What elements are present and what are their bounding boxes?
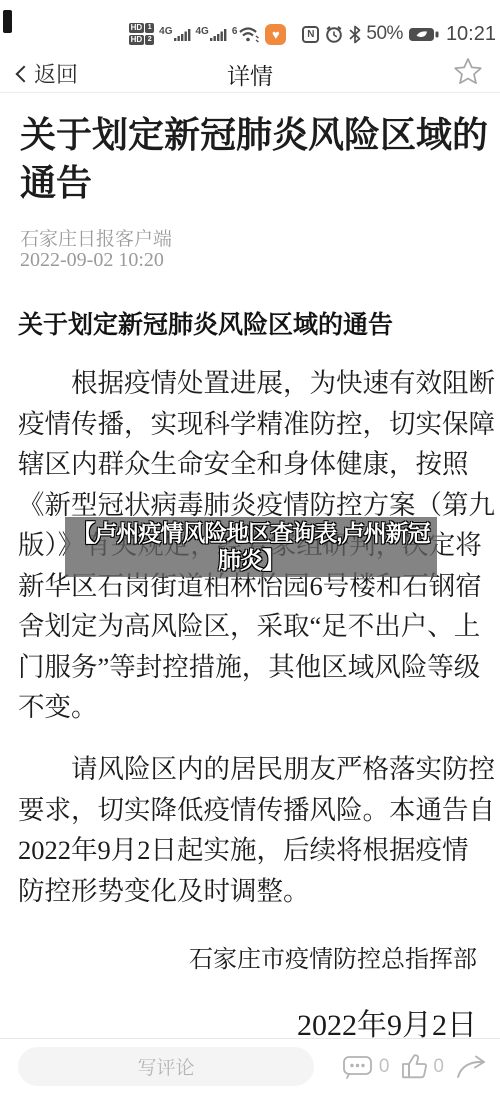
page-title: 详情 <box>0 58 500 91</box>
battery-icon <box>408 26 439 43</box>
body-line: 疫情传播，实现科学精准防控，切实保障 <box>18 404 482 445</box>
article-heading: 关于划定新冠肺炎风险区域的通告 <box>18 305 393 341</box>
signal-bars-icon <box>210 25 227 43</box>
watermark-overlay: 【卢州疫情风险地区查询表,卢州新冠 肺炎】 <box>65 517 437 577</box>
nfc-icon: N <box>302 26 319 43</box>
status-bar: HD 1 HD 2 4G 4G <box>129 18 496 50</box>
signal-bars-icon <box>174 25 191 43</box>
favorite-star-icon[interactable] <box>452 55 484 87</box>
phone-screen: HD 1 HD 2 4G 4G <box>0 0 500 1100</box>
body-line: 要求，切实降低疫情传播风险。本通告自 <box>18 790 482 831</box>
watermark-line-1: 【卢州疫情风险地区查询表,卢州新冠 <box>72 520 429 547</box>
sim1-signal-icon: 4G <box>159 25 190 43</box>
article-signature: 石家庄市疫情防控总指挥部 <box>189 939 477 974</box>
sim2-signal-icon: 4G <box>196 25 227 43</box>
heart-icon: ♥ <box>272 28 280 41</box>
thumbs-up-icon <box>399 1053 429 1081</box>
hd1-label: HD <box>129 23 145 33</box>
alarm-clock-icon <box>324 24 344 44</box>
nav-bar: 返回 详情 <box>0 50 500 93</box>
body-line: 防控形势变化及时调整。 <box>18 871 482 912</box>
body-line: 门服务”等封控措施，其他区域风险等级 <box>18 647 482 688</box>
comment-button[interactable] <box>341 1053 375 1081</box>
hd2-sub: 2 <box>145 35 154 45</box>
watermark-line-2: 肺炎】 <box>218 547 284 574</box>
body-line: 请风险区内的居民朋友严格落实防控 <box>18 749 482 790</box>
share-button[interactable] <box>454 1053 490 1081</box>
bluetooth-icon <box>349 25 361 44</box>
battery-percent: 50% <box>366 23 403 45</box>
volte-hd-icon: HD 1 HD 2 <box>129 23 155 45</box>
like-button[interactable] <box>399 1053 429 1081</box>
body-line: 根据疫情处置进展，为快速有效阻断 <box>18 363 482 404</box>
article-source: 石家庄日报客户端 <box>20 224 172 251</box>
comment-count: 0 <box>379 1056 390 1078</box>
body-line: 舍划定为高风险区，采取“足不出户、上 <box>18 606 482 647</box>
comment-input[interactable]: 写评论 <box>18 1047 314 1086</box>
body-line: 2022年9月2日起实施，后续将根据疫情 <box>18 830 482 871</box>
article-publish-time: 2022-09-02 10:20 <box>20 249 164 272</box>
wifi-icon: 6 <box>232 25 261 43</box>
body-line: 不变。 <box>18 687 482 728</box>
screen-corner-mark <box>3 10 12 33</box>
share-arrow-icon <box>454 1053 490 1081</box>
clock: 10:21 <box>446 23 496 46</box>
comment-bar: 写评论 0 0 <box>0 1038 500 1100</box>
hd1-sub: 1 <box>145 23 154 33</box>
comment-bubble-icon <box>341 1053 375 1081</box>
body-line: 辖区内群众生命安全和身体健康，按照 <box>18 444 482 485</box>
hd2-label: HD <box>129 35 145 45</box>
like-count: 0 <box>433 1056 444 1078</box>
article-paragraph-2: 请风险区内的居民朋友严格落实防控 要求，切实降低疫情传播风险。本通告自 2022… <box>18 749 482 911</box>
health-app-icon: ♥ <box>265 24 286 45</box>
article-title: 关于划定新冠肺炎风险区域的通告 <box>20 111 490 207</box>
